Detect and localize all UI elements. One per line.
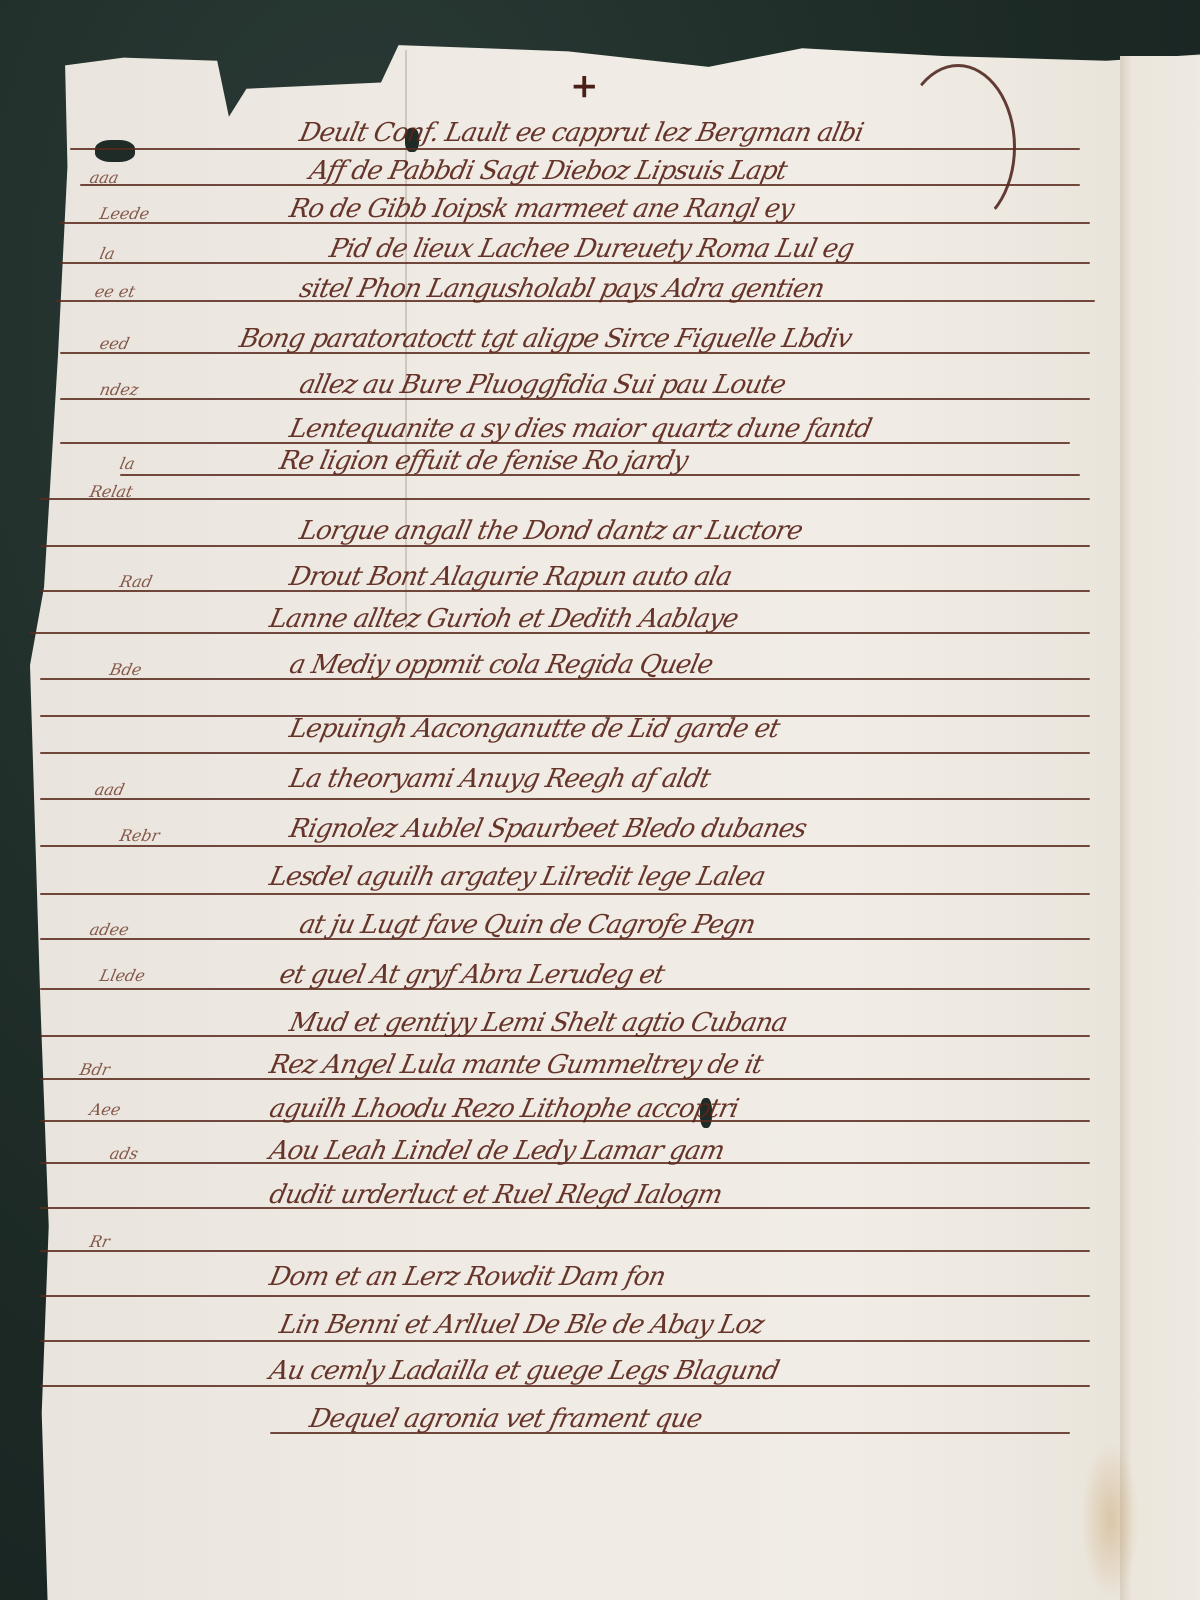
manuscript-line: Bong paratoratoctt tgt aligpe Sirce Figu… — [237, 324, 854, 354]
manuscript-line: Aff de Pabbdi Sagt Dieboz Lipsuis Lapt — [307, 156, 789, 186]
margin-note: Rad — [118, 572, 154, 591]
margin-note: ads — [108, 1144, 140, 1163]
manuscript-line: Dom et an Lerz Rowdit Dam fon — [267, 1262, 668, 1292]
manuscript-line: Re ligion effuit de fenise Ro jardy — [277, 446, 690, 476]
manuscript-line: Ro de Gibb Ioipsk marmeet ane Rangl ey — [287, 194, 796, 224]
manuscript-line: at ju Lugt fave Quin de Cagrofe Pegn — [297, 910, 758, 940]
manuscript-line: Dequel agronia vet frament que — [307, 1404, 705, 1434]
manuscript-line: La theoryami Anuyg Reegh af aldt — [287, 764, 713, 794]
manuscript-line: Lesdel aguilh argatey Lilredit lege Lale… — [267, 862, 768, 892]
ink-rule — [70, 148, 1080, 150]
manuscript-line: aguilh Lhoodu Rezo Lithophe accoptri — [267, 1094, 741, 1124]
manuscript-line: Rez Angel Lula mante Gummeltrey de it — [267, 1050, 765, 1080]
margin-note: Relat — [88, 482, 135, 501]
margin-note: adee — [88, 920, 131, 939]
manuscript-line: Lanne alltez Gurioh et Dedith Aablaye — [267, 604, 741, 634]
manuscript-line: Aou Leah Lindel de Ledy Lamar gam — [267, 1136, 727, 1166]
margin-note: la — [98, 244, 117, 263]
ink-rule — [40, 798, 1090, 800]
ink-rule — [40, 1250, 1090, 1252]
margin-note: eed — [98, 334, 131, 353]
margin-note: Rr — [88, 1232, 112, 1251]
ink-rule — [40, 498, 1090, 500]
ink-rule — [40, 1340, 1090, 1342]
margin-note: Bde — [108, 660, 144, 679]
ink-rule — [40, 845, 1090, 847]
margin-note: aaa — [88, 168, 121, 187]
manuscript-line: Au cemly Ladailla et guege Legs Blagund — [267, 1356, 781, 1386]
manuscript-line: allez au Bure Pluoggfidia Sui pau Loute — [297, 370, 788, 400]
manuscript-line: Drout Bont Alagurie Rapun auto ala — [287, 562, 734, 592]
margin-note: ndez — [98, 380, 140, 399]
ink-rule — [40, 1295, 1090, 1297]
margin-note: Rebr — [118, 826, 161, 845]
margin-note: la — [118, 454, 137, 473]
manuscript-line: et guel At gryf Abra Lerudeg et — [277, 960, 667, 990]
manuscript-line: Rignolez Aublel Spaurbeet Bledo dubanes — [287, 814, 809, 844]
ink-rule — [40, 752, 1090, 754]
manuscript-line: Lentequanite a sy dies maior quartz dune… — [287, 414, 874, 444]
manuscript-line: Pid de lieux Lachee Dureuety Roma Lul eg — [327, 234, 856, 264]
manuscript-line: a Mediy oppmit cola Regida Quele — [287, 650, 715, 680]
manuscript-line: Lin Benni et Arlluel De Ble de Abay Loz — [277, 1310, 767, 1340]
margin-note: Leede — [98, 204, 151, 223]
manuscript-line: Lorgue angall the Dond dantz ar Luctore — [297, 516, 805, 546]
margin-note: ee et — [93, 282, 137, 301]
manuscript-line: sitel Phon Langusholabl pays Adra gentie… — [297, 274, 827, 304]
manuscript-text: Deult Conf. Lault ee capprut lez Bergman… — [0, 0, 1200, 1600]
margin-note: aad — [93, 780, 126, 799]
ink-rule — [40, 893, 1090, 895]
manuscript-line: Deult Conf. Lault ee capprut lez Bergman… — [297, 118, 866, 148]
manuscript-line: Lepuingh Aaconganutte de Lid garde et — [287, 714, 782, 744]
margin-note: Llede — [98, 966, 147, 985]
margin-note: Aee — [88, 1100, 123, 1119]
margin-note: Bdr — [78, 1060, 112, 1079]
manuscript-line: Mud et gentiyy Lemi Shelt agtio Cubana — [287, 1008, 790, 1038]
manuscript-line: dudit urderluct et Ruel Rlegd Ialogm — [267, 1180, 725, 1210]
